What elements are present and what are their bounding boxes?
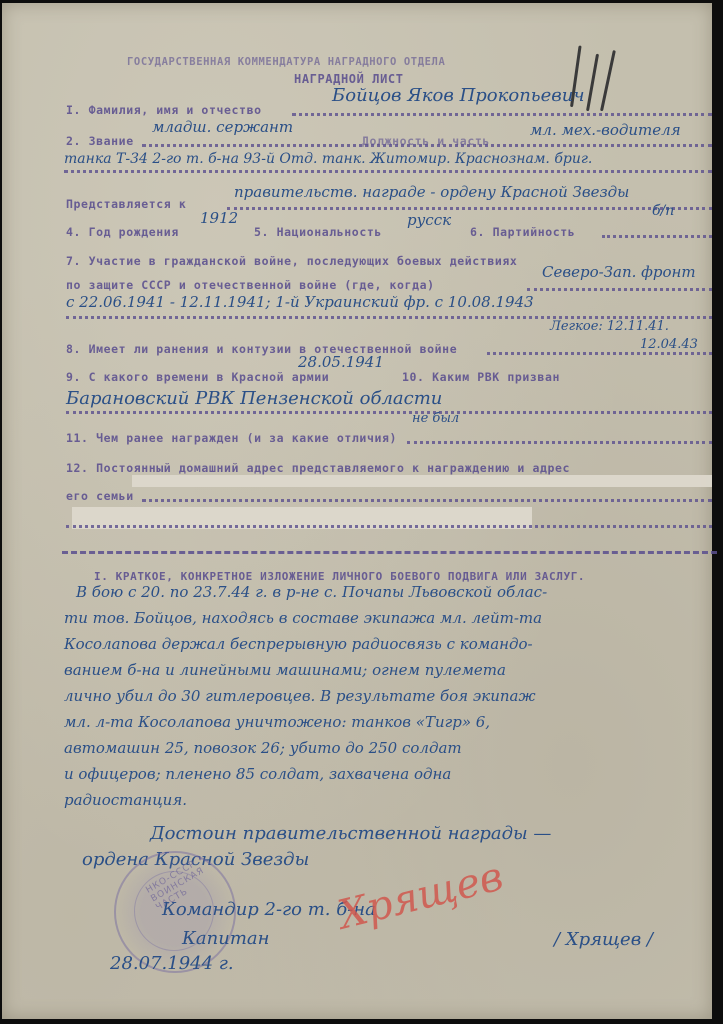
narrative-line: ванием б-на и линейными машинами; огнем … xyxy=(64,661,506,679)
conclusion-line-1: Достоин правительственной награды — xyxy=(150,823,551,844)
field-8-label: 8. Имеет ли ранения и контузии в отечест… xyxy=(66,342,457,356)
redacted-address-1 xyxy=(132,475,712,487)
field-1-value: Бойцов Яков Прокопьевич xyxy=(332,85,585,106)
field-2-line2-dots xyxy=(64,170,712,173)
field-11-dots xyxy=(407,441,712,444)
field-5-label: 5. Национальность xyxy=(254,225,382,239)
field-12-dots-2 xyxy=(66,525,712,528)
field-2-rank-value: младш. сержант xyxy=(152,118,293,136)
signature-date: 28.07.1944 г. xyxy=(110,953,234,974)
field-3-label: Представляется к xyxy=(66,197,186,211)
field-8-value-line1: Легкое: 12.11.41. xyxy=(550,319,669,334)
field-12-label-line2: его семьи xyxy=(66,489,134,503)
field-6-label: 6. Партийность xyxy=(470,225,575,239)
section-divider xyxy=(62,551,717,554)
field-6-dots xyxy=(602,235,712,238)
field-7-value-line1: Северо-Зап. фронт xyxy=(542,263,696,281)
field-7-dots-1 xyxy=(527,288,712,291)
field-10-value: Барановский РВК Пензенской области xyxy=(66,388,442,409)
field-8-value-line2: 12.04.43 xyxy=(640,337,698,352)
field-2-unit-value: танка Т-34 2-го т. б-на 93-й Отд. танк. … xyxy=(64,151,592,167)
field-2-position-label: Должность и часть xyxy=(362,134,490,148)
award-sheet-page: ГОСУДАРСТВЕННАЯ КОММЕНДАТУРА НАГРАДНОГО … xyxy=(2,3,712,1019)
commander-name: / Хрящев / xyxy=(554,929,653,950)
red-signature: Хрящев xyxy=(334,853,508,938)
field-1-dots xyxy=(292,113,712,116)
narrative-line: В бою с 20. по 23.7.44 г. в р-не с. Поча… xyxy=(76,583,547,601)
field-4-value: 1912 xyxy=(200,209,238,227)
field-7-value-line2: с 22.06.1941 - 12.11.1941; 1-й Украински… xyxy=(66,293,534,311)
narrative-line: мл. л-та Косолапова уничтожено: танков «… xyxy=(64,713,490,731)
tally-mark-icon xyxy=(586,54,599,112)
field-3-dots xyxy=(227,207,712,210)
field-11-label: 11. Чем ранее награжден (и за какие отли… xyxy=(66,431,397,445)
field-9-label: 9. С какого времени в Красной армии xyxy=(66,370,329,384)
field-7-label-line1: 7. Участие в гражданской войне, последую… xyxy=(66,254,517,268)
field-7-label-line2: по защите СССР и отечественной войне (гд… xyxy=(66,278,435,292)
narrative-line: автомашин 25, повозок 26; убито до 250 с… xyxy=(64,739,462,757)
field-8-dots xyxy=(487,352,712,355)
narrative-line: лично убил до 30 гитлеровцев. В результа… xyxy=(64,687,536,705)
document-title: НАГРАДНОЙ ЛИСТ xyxy=(294,72,404,86)
field-10-label: 10. Каким РВК призван xyxy=(402,370,560,384)
narrative-line: и офицеров; пленено 85 солдат, захвачена… xyxy=(64,765,451,783)
field-12-dots-1 xyxy=(142,499,712,502)
narrative-line: ти тов. Бойцов, находясь в составе экипа… xyxy=(64,609,542,627)
field-11-value: не был xyxy=(412,411,459,426)
field-4-label: 4. Год рождения xyxy=(66,225,179,239)
field-6-value: б/п xyxy=(652,203,674,219)
header-line: ГОСУДАРСТВЕННАЯ КОММЕНДАТУРА НАГРАДНОГО … xyxy=(127,56,445,68)
tally-mark-icon xyxy=(600,50,616,111)
field-9-value: 28.05.1941 xyxy=(298,353,384,371)
commander-rank: Капитан xyxy=(182,928,270,949)
field-3-value: правительств. награде - ордену Красной З… xyxy=(234,183,629,201)
narrative-line: Косолапова держал беспрерывную радиосвяз… xyxy=(64,635,533,653)
section-title: I. КРАТКОЕ, КОНКРЕТНОЕ ИЗЛОЖЕНИЕ ЛИЧНОГО… xyxy=(94,570,585,583)
field-12-label-line1: 12. Постоянный домашний адрес представля… xyxy=(66,461,570,475)
field-5-value: русск xyxy=(407,211,451,229)
field-2-position-value: мл. мех.-водителя xyxy=(530,121,681,139)
field-2-label: 2. Звание xyxy=(66,134,134,148)
field-10-dots xyxy=(66,411,712,414)
field-1-label: I. Фамилия, имя и отчество xyxy=(66,103,262,117)
narrative-line: радиостанция. xyxy=(64,791,187,809)
